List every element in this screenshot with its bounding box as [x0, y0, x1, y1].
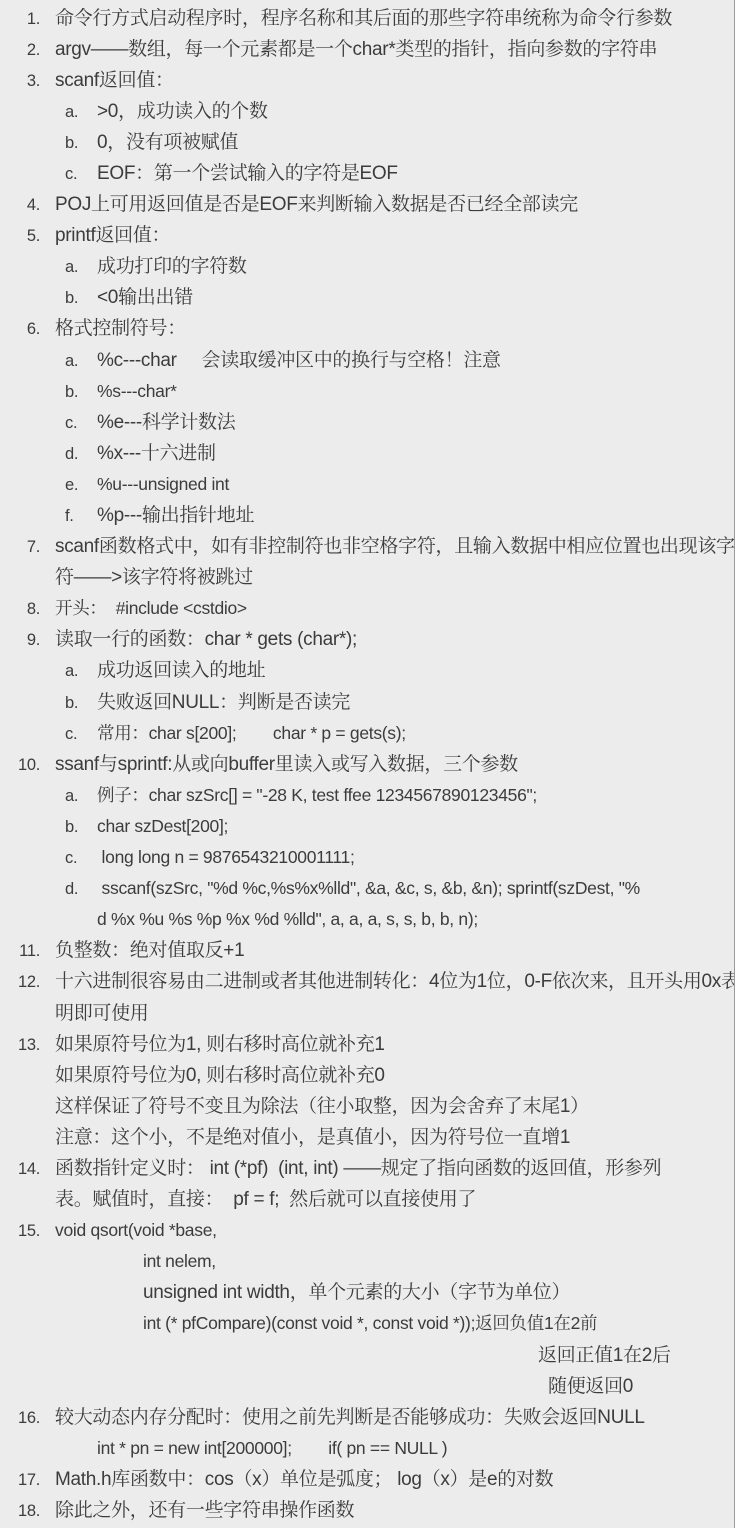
item-line-text: unsigned int width，单个元素的大小（字节为单位）: [143, 1277, 570, 1308]
item-line-text: 成功打印的字符数: [97, 251, 247, 282]
item-line-text: Math.h库函数中：cos（x）单位是弧度； log（x）是e的对数: [55, 1464, 553, 1495]
item-letter: c.: [65, 159, 97, 190]
list-row: a.成功返回读入的地址: [0, 655, 734, 686]
list-row: b.%s---char*: [0, 376, 734, 407]
item-line-text: %p---输出指针地址: [97, 500, 254, 531]
list-row: 18.除此之外，还有一些字符串操作函数: [0, 1495, 734, 1526]
item-line-text: %u---unsigned int: [97, 469, 229, 500]
item-line-text: int nelem,: [143, 1246, 216, 1277]
item-number: 12.: [0, 967, 40, 998]
item-line-text: 注意：这个小，不是绝对值小，是真值小，因为符号位一直增1: [55, 1122, 570, 1153]
item-line-text: ssanf与sprintf:从或向buffer里读入或写入数据，三个参数: [55, 749, 518, 780]
list-row: 随便返回0: [0, 1371, 734, 1402]
item-letter: d.: [65, 874, 97, 905]
item-line-text: 负整数：绝对值取反+1: [55, 935, 244, 966]
item-line-text: scanf函数格式中，如有非控制符也非空格字符，且输入数据中相应位置也出现该字: [55, 531, 735, 562]
list-row: 15.void qsort(void *base,: [0, 1215, 734, 1246]
item-number: 3.: [0, 66, 40, 97]
item-line-text: argv——数组，每一个元素都是一个char*类型的指针，指向参数的字符串: [55, 34, 657, 65]
item-line-text: 如果原符号位为0, 则右移时高位就补充0: [55, 1060, 385, 1091]
notes-page: 1.命令行方式启动程序时，程序名称和其后面的那些字符串统称为命令行参数2.arg…: [0, 0, 735, 1528]
list-row: 注意：这个小，不是绝对值小，是真值小，因为符号位一直增1: [0, 1122, 734, 1153]
item-letter: d.: [65, 439, 97, 470]
list-row: int * pn = new int[200000]; if( pn == NU…: [0, 1433, 734, 1464]
item-number: 14.: [0, 1154, 40, 1185]
list-row: 表。赋值时，直接： pf = f; 然后就可以直接使用了: [0, 1184, 734, 1215]
item-letter: b.: [65, 377, 97, 408]
list-row: a.成功打印的字符数: [0, 251, 734, 282]
item-number: 18.: [0, 1496, 40, 1527]
item-line-text: EOF：第一个尝试输入的字符是EOF: [97, 158, 398, 189]
item-line-text: long long n = 9876543210001111;: [97, 842, 355, 873]
item-letter: c.: [65, 719, 97, 750]
item-number: 8.: [0, 594, 40, 625]
item-line-text: printf返回值：: [55, 220, 170, 251]
list-row: a.>0，成功读入的个数: [0, 96, 734, 127]
item-line-text: void qsort(void *base,: [55, 1215, 217, 1246]
list-row: d %x %u %s %p %x %d %lld", a, a, a, s, s…: [0, 904, 734, 935]
list-row: b.char szDest[200];: [0, 811, 734, 842]
list-row: 13.如果原符号位为1, 则右移时高位就补充1: [0, 1029, 734, 1060]
item-line-text: POJ上可用返回值是否是EOF来判断输入数据是否已经全部读完: [55, 189, 578, 220]
list-row: e.%u---unsigned int: [0, 469, 734, 500]
list-row: 2.argv——数组，每一个元素都是一个char*类型的指针，指向参数的字符串: [0, 34, 734, 65]
item-number: 7.: [0, 532, 40, 563]
item-line-text: %c---char 会读取缓冲区中的换行与空格！注意: [97, 345, 501, 376]
list-row: 6.格式控制符号：: [0, 313, 734, 344]
list-row: 明即可使用: [0, 998, 734, 1029]
item-number: 13.: [0, 1030, 40, 1061]
list-row: b.0，没有项被赋值: [0, 127, 734, 158]
item-number: 9.: [0, 625, 40, 656]
item-line-text: %x---十六进制: [97, 438, 216, 469]
item-line-text: 失败返回NULL：判断是否读完: [97, 687, 350, 718]
list-row: 14.函数指针定义时： int (*pf) (int, int) ——规定了指向…: [0, 1153, 734, 1184]
item-line-text: %e---科学计数法: [97, 407, 235, 438]
item-line-text: 如果原符号位为1, 则右移时高位就补充1: [55, 1029, 385, 1060]
notes-list: 1.命令行方式启动程序时，程序名称和其后面的那些字符串统称为命令行参数2.arg…: [0, 3, 734, 1527]
item-line-text: %s---char*: [97, 376, 177, 407]
item-line-text: 命令行方式启动程序时，程序名称和其后面的那些字符串统称为命令行参数: [55, 3, 672, 34]
item-line-text: 十六进制很容易由二进制或者其他进制转化：4位为1位，0-F依次来，且开头用0x表: [55, 966, 735, 997]
item-line-text: 明即可使用: [55, 998, 149, 1029]
item-number: 11.: [0, 936, 40, 967]
list-row: c.%e---科学计数法: [0, 407, 734, 438]
item-line-text: 例子：char szSrc[] = "-28 K, test ffee 1234…: [97, 780, 537, 811]
item-number: 15.: [0, 1216, 40, 1247]
list-row: 符——>该字符将被跳过: [0, 562, 734, 593]
item-line-text: 表。赋值时，直接： pf = f; 然后就可以直接使用了: [55, 1184, 476, 1215]
list-row: 这样保证了符号不变且为除法（往小取整，因为会舍弃了末尾1）: [0, 1091, 734, 1122]
list-row: b.失败返回NULL：判断是否读完: [0, 687, 734, 718]
item-line-text: 常用：char s[200]; char * p = gets(s);: [97, 718, 406, 749]
list-row: a.%c---char 会读取缓冲区中的换行与空格！注意: [0, 345, 734, 376]
item-number: 16.: [0, 1403, 40, 1434]
item-letter: a.: [65, 346, 97, 377]
list-row: c. long long n = 9876543210001111;: [0, 842, 734, 873]
item-letter: b.: [65, 128, 97, 159]
item-number: 17.: [0, 1465, 40, 1496]
list-row: f.%p---输出指针地址: [0, 500, 734, 531]
list-row: 17.Math.h库函数中：cos（x）单位是弧度； log（x）是e的对数: [0, 1464, 734, 1495]
item-line-text: 函数指针定义时： int (*pf) (int, int) ——规定了指向函数的…: [55, 1153, 661, 1184]
item-line-text: 开头： #include <cstdio>: [55, 593, 247, 624]
list-row: 12.十六进制很容易由二进制或者其他进制转化：4位为1位，0-F依次来，且开头用…: [0, 966, 734, 997]
list-row: c.常用：char s[200]; char * p = gets(s);: [0, 718, 734, 749]
item-letter: c.: [65, 843, 97, 874]
item-line-text: 格式控制符号：: [55, 313, 186, 344]
item-letter: a.: [65, 781, 97, 812]
list-row: 10.ssanf与sprintf:从或向buffer里读入或写入数据，三个参数: [0, 749, 734, 780]
item-line-text: 读取一行的函数：char * gets (char*);: [55, 624, 357, 655]
list-row: unsigned int width，单个元素的大小（字节为单位）: [0, 1277, 734, 1308]
list-row: 1.命令行方式启动程序时，程序名称和其后面的那些字符串统称为命令行参数: [0, 3, 734, 34]
item-line-text: 除此之外，还有一些字符串操作函数: [55, 1495, 354, 1526]
item-line-text: int (* pfCompare)(const void *, const vo…: [143, 1308, 597, 1339]
item-line-text: 符——>该字符将被跳过: [55, 562, 253, 593]
item-letter: a.: [65, 97, 97, 128]
item-letter: b.: [65, 688, 97, 719]
item-line-text: <0输出出错: [97, 282, 193, 313]
list-row: 11.负整数：绝对值取反+1: [0, 935, 734, 966]
item-line-text: 这样保证了符号不变且为除法（往小取整，因为会舍弃了末尾1）: [55, 1091, 589, 1122]
item-number: 6.: [0, 314, 40, 345]
list-row: 16.较大动态内存分配时：使用之前先判断是否能够成功：失败会返回NULL: [0, 1402, 734, 1433]
item-letter: b.: [65, 283, 97, 314]
list-row: d. sscanf(szSrc, "%d %c,%s%x%lld", &a, &…: [0, 873, 734, 904]
item-number: 2.: [0, 35, 40, 66]
item-line-text: 0，没有项被赋值: [97, 127, 238, 158]
item-number: 1.: [0, 4, 40, 35]
item-line-text: sscanf(szSrc, "%d %c,%s%x%lld", &a, &c, …: [97, 873, 640, 904]
item-number: 4.: [0, 190, 40, 221]
list-row: 4.POJ上可用返回值是否是EOF来判断输入数据是否已经全部读完: [0, 189, 734, 220]
list-row: 返回正值1在2后: [0, 1340, 734, 1371]
list-row: d.%x---十六进制: [0, 438, 734, 469]
item-letter: a.: [65, 656, 97, 687]
list-row: 8.开头： #include <cstdio>: [0, 593, 734, 624]
item-line-text: int * pn = new int[200000]; if( pn == NU…: [97, 1433, 447, 1464]
item-line-text: 成功返回读入的地址: [97, 655, 265, 686]
item-line-text: 较大动态内存分配时：使用之前先判断是否能够成功：失败会返回NULL: [55, 1402, 645, 1433]
list-row: int nelem,: [0, 1246, 734, 1277]
item-number: 10.: [0, 750, 40, 781]
item-letter: c.: [65, 408, 97, 439]
item-letter: b.: [65, 812, 97, 843]
list-row: int (* pfCompare)(const void *, const vo…: [0, 1308, 734, 1339]
item-line-text: scanf返回值：: [55, 65, 174, 96]
list-row: c.EOF：第一个尝试输入的字符是EOF: [0, 158, 734, 189]
list-row: 9.读取一行的函数：char * gets (char*);: [0, 624, 734, 655]
list-row: 5.printf返回值：: [0, 220, 734, 251]
item-line-text: >0，成功读入的个数: [97, 96, 268, 127]
list-row: 7.scanf函数格式中，如有非控制符也非空格字符，且输入数据中相应位置也出现该…: [0, 531, 734, 562]
item-letter: f.: [65, 501, 97, 532]
item-line-text: d %x %u %s %p %x %d %lld", a, a, a, s, s…: [97, 904, 478, 935]
item-letter: e.: [65, 470, 97, 501]
list-row: b.<0输出出错: [0, 282, 734, 313]
list-row: 如果原符号位为0, 则右移时高位就补充0: [0, 1060, 734, 1091]
item-letter: a.: [65, 252, 97, 283]
list-row: a.例子：char szSrc[] = "-28 K, test ffee 12…: [0, 780, 734, 811]
item-number: 5.: [0, 221, 40, 252]
item-line-text: char szDest[200];: [97, 811, 228, 842]
list-row: 3.scanf返回值：: [0, 65, 734, 96]
item-line-text: 返回正值1在2后: [538, 1340, 671, 1371]
item-line-text: 随便返回0: [548, 1371, 633, 1402]
